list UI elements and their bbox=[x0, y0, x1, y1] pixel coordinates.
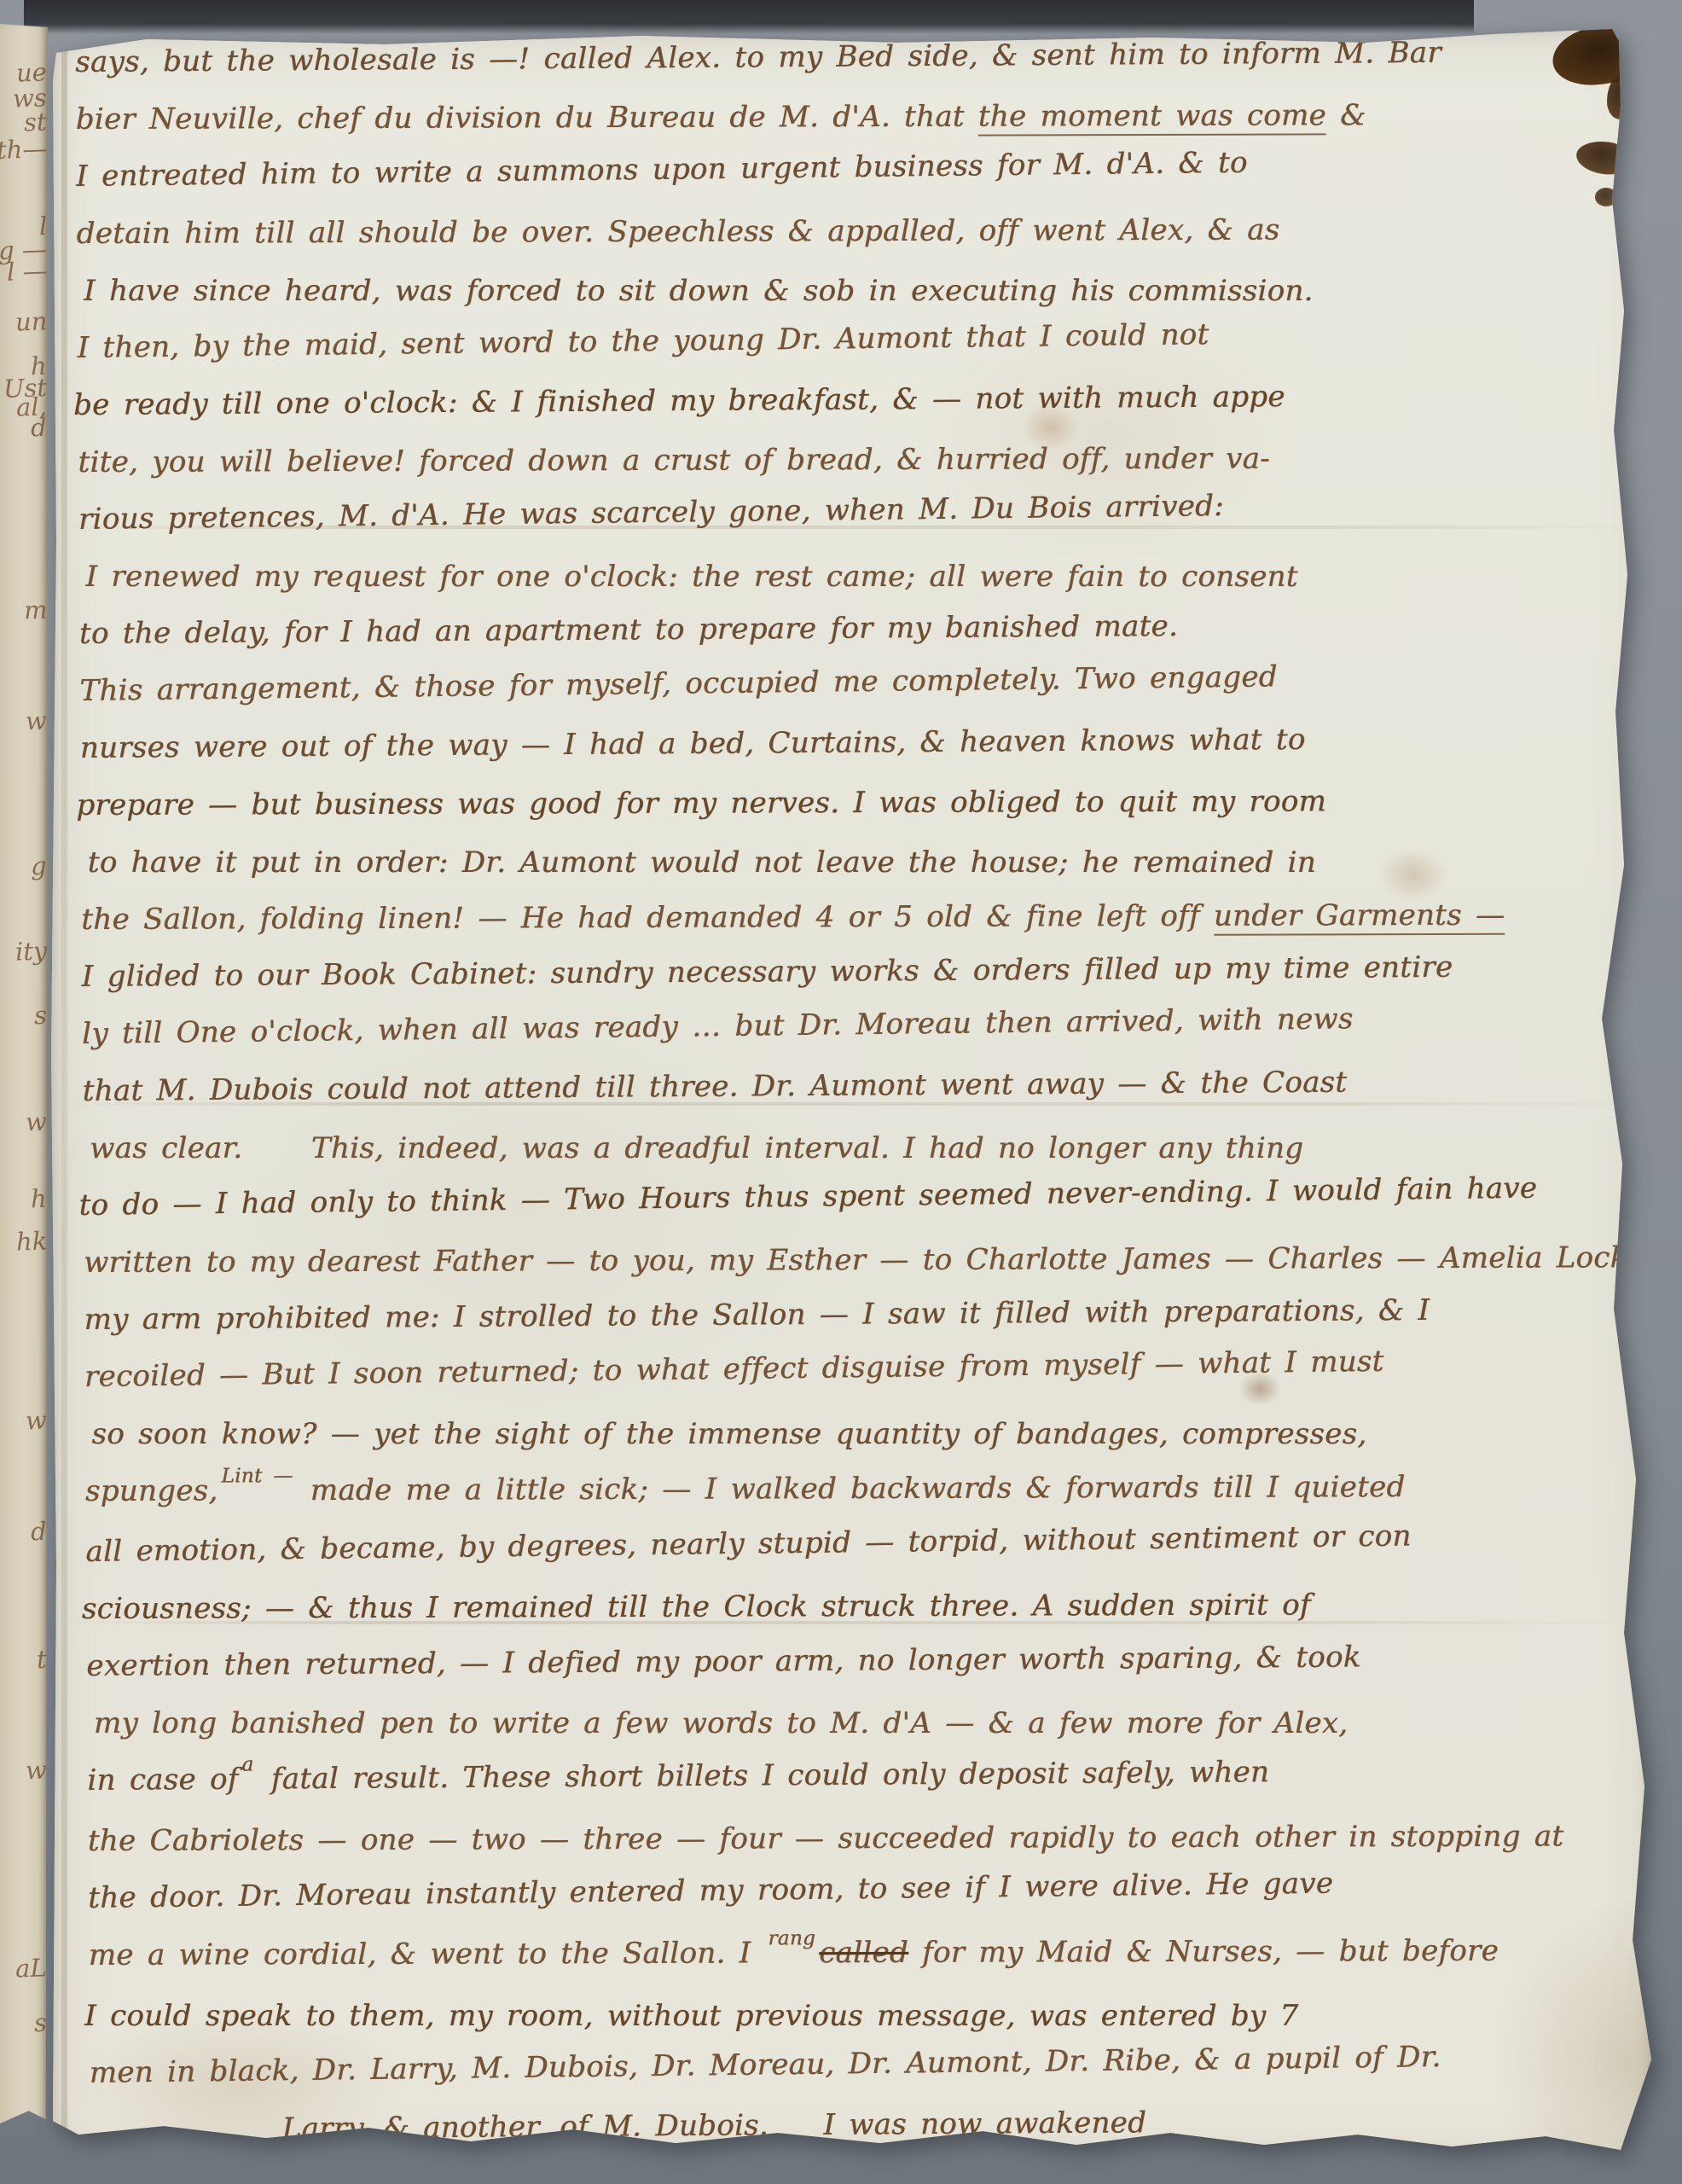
line-text: in case of bbox=[87, 1763, 239, 1798]
line-text: the Cabriolets — one — two — three — fou… bbox=[88, 1820, 1564, 1858]
underlined-phrase: under Garments — bbox=[1214, 898, 1505, 936]
manuscript-line: the Sallon, folding linen! — He had dema… bbox=[81, 886, 1616, 949]
line-text: I have since heard, was forced to sit do… bbox=[84, 274, 1314, 308]
line-text: prepare — but business was good for my n… bbox=[76, 784, 1326, 822]
manuscript-line: exertion then returned, — I defied my po… bbox=[86, 1627, 1621, 1695]
adjacent-page-text-fragment: th— bbox=[0, 134, 48, 165]
manuscript-line: me a wine cordial, & went to the Sallon.… bbox=[89, 1922, 1624, 1988]
line-text: & bbox=[1326, 98, 1366, 132]
line-text: I could speak to them, my room, without … bbox=[84, 1999, 1298, 2033]
adjacent-page-text-fragment: hk bbox=[15, 1226, 47, 1256]
line-text: to do — I had only to think — Two Hours … bbox=[78, 1171, 1537, 1223]
line-text: be ready till one o'clock: & I finished … bbox=[73, 380, 1285, 422]
line-text: I then, by the maid, sent word to the yo… bbox=[77, 317, 1209, 365]
adjacent-page-text-fragment: t bbox=[37, 1645, 48, 1674]
line-text: Larry, & another. of M. Dubois. I was no… bbox=[90, 2106, 1146, 2147]
interlinear-insertion: rang bbox=[768, 1910, 815, 1967]
line-text: that M. Dubois could not attend till thr… bbox=[83, 1066, 1348, 1108]
adjacent-page-text-fragment: m bbox=[23, 595, 48, 625]
adjacent-page-text-fragment: d bbox=[31, 1517, 48, 1547]
adjacent-page-text-fragment: s bbox=[34, 2008, 48, 2037]
adjacent-page-text-fragment: w bbox=[26, 706, 48, 736]
letter-text: says, but the wholesale is —! called Ale… bbox=[75, 23, 1625, 2159]
line-text: I entreated him to write a summons upon … bbox=[76, 146, 1248, 194]
adjacent-page-text-fragment: h bbox=[31, 1184, 48, 1214]
line-text: to the delay, for I had an apartment to … bbox=[79, 609, 1178, 651]
line-text: exertion then returned, — I defied my po… bbox=[86, 1641, 1361, 1683]
line-text: This arrangement, & those for myself, oc… bbox=[79, 659, 1278, 708]
line-text: all emotion, & became, by degrees, nearl… bbox=[85, 1519, 1412, 1569]
line-text: ly till One o'clock, when all was ready … bbox=[82, 1002, 1354, 1051]
line-text: to have it put in order: Dr. Aumont woul… bbox=[88, 845, 1316, 880]
underlined-phrase: the moment was come bbox=[978, 98, 1326, 136]
fold-crease-vertical bbox=[61, 29, 67, 2170]
adjacent-page-text-fragment: l — bbox=[6, 256, 48, 287]
line-text: was clear. This, indeed, was a dreadful … bbox=[90, 1131, 1303, 1165]
line-text: written to my dearest Father — to you, m… bbox=[84, 1240, 1682, 1280]
adjacent-page-text-fragment: w bbox=[26, 1107, 48, 1137]
line-text: I renewed my request for one o'clock: th… bbox=[85, 560, 1297, 594]
adjacent-page-text-fragment: d bbox=[31, 413, 48, 443]
manuscript-line: written to my dearest Father — to you, m… bbox=[84, 1229, 1619, 1292]
line-text: detain him till all should be over. Spee… bbox=[77, 213, 1280, 251]
line-text: tite, you will believe! forced down a cr… bbox=[78, 442, 1270, 479]
manuscript-line: in case ofa fatal result. These short bi… bbox=[87, 1741, 1622, 1813]
line-text: my arm prohibited me: I strolled to the … bbox=[84, 1293, 1430, 1337]
line-text: I glided to our Book Cabinet: sundry nec… bbox=[82, 950, 1453, 994]
line-text: me a wine cordial, & went to the Sallon.… bbox=[89, 1936, 765, 1972]
adjacent-page-text-fragment: w bbox=[26, 1406, 48, 1436]
line-text: recoiled — But I soon returned; to what … bbox=[84, 1345, 1384, 1394]
line-text: the door. Dr. Moreau instantly entered m… bbox=[88, 1867, 1333, 1915]
manuscript-line: Larry, & another. of M. Dubois. I was no… bbox=[90, 2091, 1625, 2159]
scanner-edge-shadow bbox=[24, 0, 1474, 34]
line-text: bier Neuville, chef du division du Burea… bbox=[76, 100, 978, 136]
adjacent-page-text-fragment: st bbox=[24, 107, 48, 137]
manuscript-line: detain him till all should be over. Spee… bbox=[77, 200, 1612, 263]
manuscript-line: so soon know? — yet the sight of the imm… bbox=[91, 1406, 1620, 1463]
line-text: sciousness; — & thus I remained till the… bbox=[82, 1588, 1311, 1626]
manuscript-line: sciousness; — & thus I remained till the… bbox=[82, 1576, 1621, 1638]
line-text: rious pretences, M. d'A. He was scarcely… bbox=[78, 489, 1224, 537]
interlinear-insertion: Lint — bbox=[221, 1448, 293, 1505]
interlinear-insertion: a bbox=[241, 1737, 254, 1794]
line-text: spunges, bbox=[85, 1473, 218, 1507]
line-text: so soon know? — yet the sight of the imm… bbox=[91, 1417, 1366, 1451]
line-text: men in black, Dr. Larry, M. Dubois, Dr. … bbox=[89, 2040, 1441, 2090]
line-text: says, but the wholesale is —! called Ale… bbox=[75, 36, 1441, 79]
ink-blot-drip bbox=[1607, 75, 1636, 119]
adjacent-page-edge: uewsstth—lg —l —unhUstal,dmwgityswhhkwdt… bbox=[0, 24, 48, 2128]
line-text: the Sallon, folding linen! — He had dema… bbox=[81, 899, 1214, 937]
struck-word: called bbox=[819, 1936, 908, 1970]
manuscript-scan: uewsstth—lg —l —unhUstal,dmwgityswhhkwdt… bbox=[0, 0, 1682, 2184]
manuscript-page: says, but the wholesale is —! called Ale… bbox=[44, 29, 1655, 2170]
adjacent-page-text-fragment: s bbox=[34, 1001, 48, 1030]
ink-blot bbox=[1627, 135, 1670, 169]
line-text: made me a little sick; — I walked backwa… bbox=[297, 1470, 1406, 1507]
manuscript-line: be ready till one o'clock: & I finished … bbox=[73, 366, 1613, 434]
adjacent-page-text-fragment: w bbox=[26, 1756, 48, 1786]
manuscript-line: my long banished pen to write a few word… bbox=[94, 1695, 1622, 1752]
manuscript-line: prepare — but business was good for my n… bbox=[76, 772, 1615, 834]
manuscript-line: to have it put in order: Dr. Aumont woul… bbox=[88, 834, 1616, 892]
adjacent-page-text-fragment: ity bbox=[14, 936, 47, 966]
line-text: nurses were out of the way — I had a bed… bbox=[80, 723, 1306, 765]
line-text: for my Maid & Nurses, — but before bbox=[908, 1934, 1499, 1970]
line-text: fatal result. These short billets I coul… bbox=[258, 1755, 1270, 1796]
adjacent-page-text-fragment: un bbox=[14, 306, 48, 336]
adjacent-page-text-fragment: g bbox=[31, 851, 48, 881]
manuscript-line: I renewed my request for one o'clock: th… bbox=[85, 549, 1614, 606]
manuscript-line: nurses were out of the way — I had a bed… bbox=[80, 709, 1615, 777]
adjacent-page-text-fragment: aL bbox=[15, 1953, 48, 1983]
line-text: my long banished pen to write a few word… bbox=[94, 1706, 1348, 1740]
manuscript-line: that M. Dubois could not attend till thr… bbox=[82, 1052, 1617, 1120]
